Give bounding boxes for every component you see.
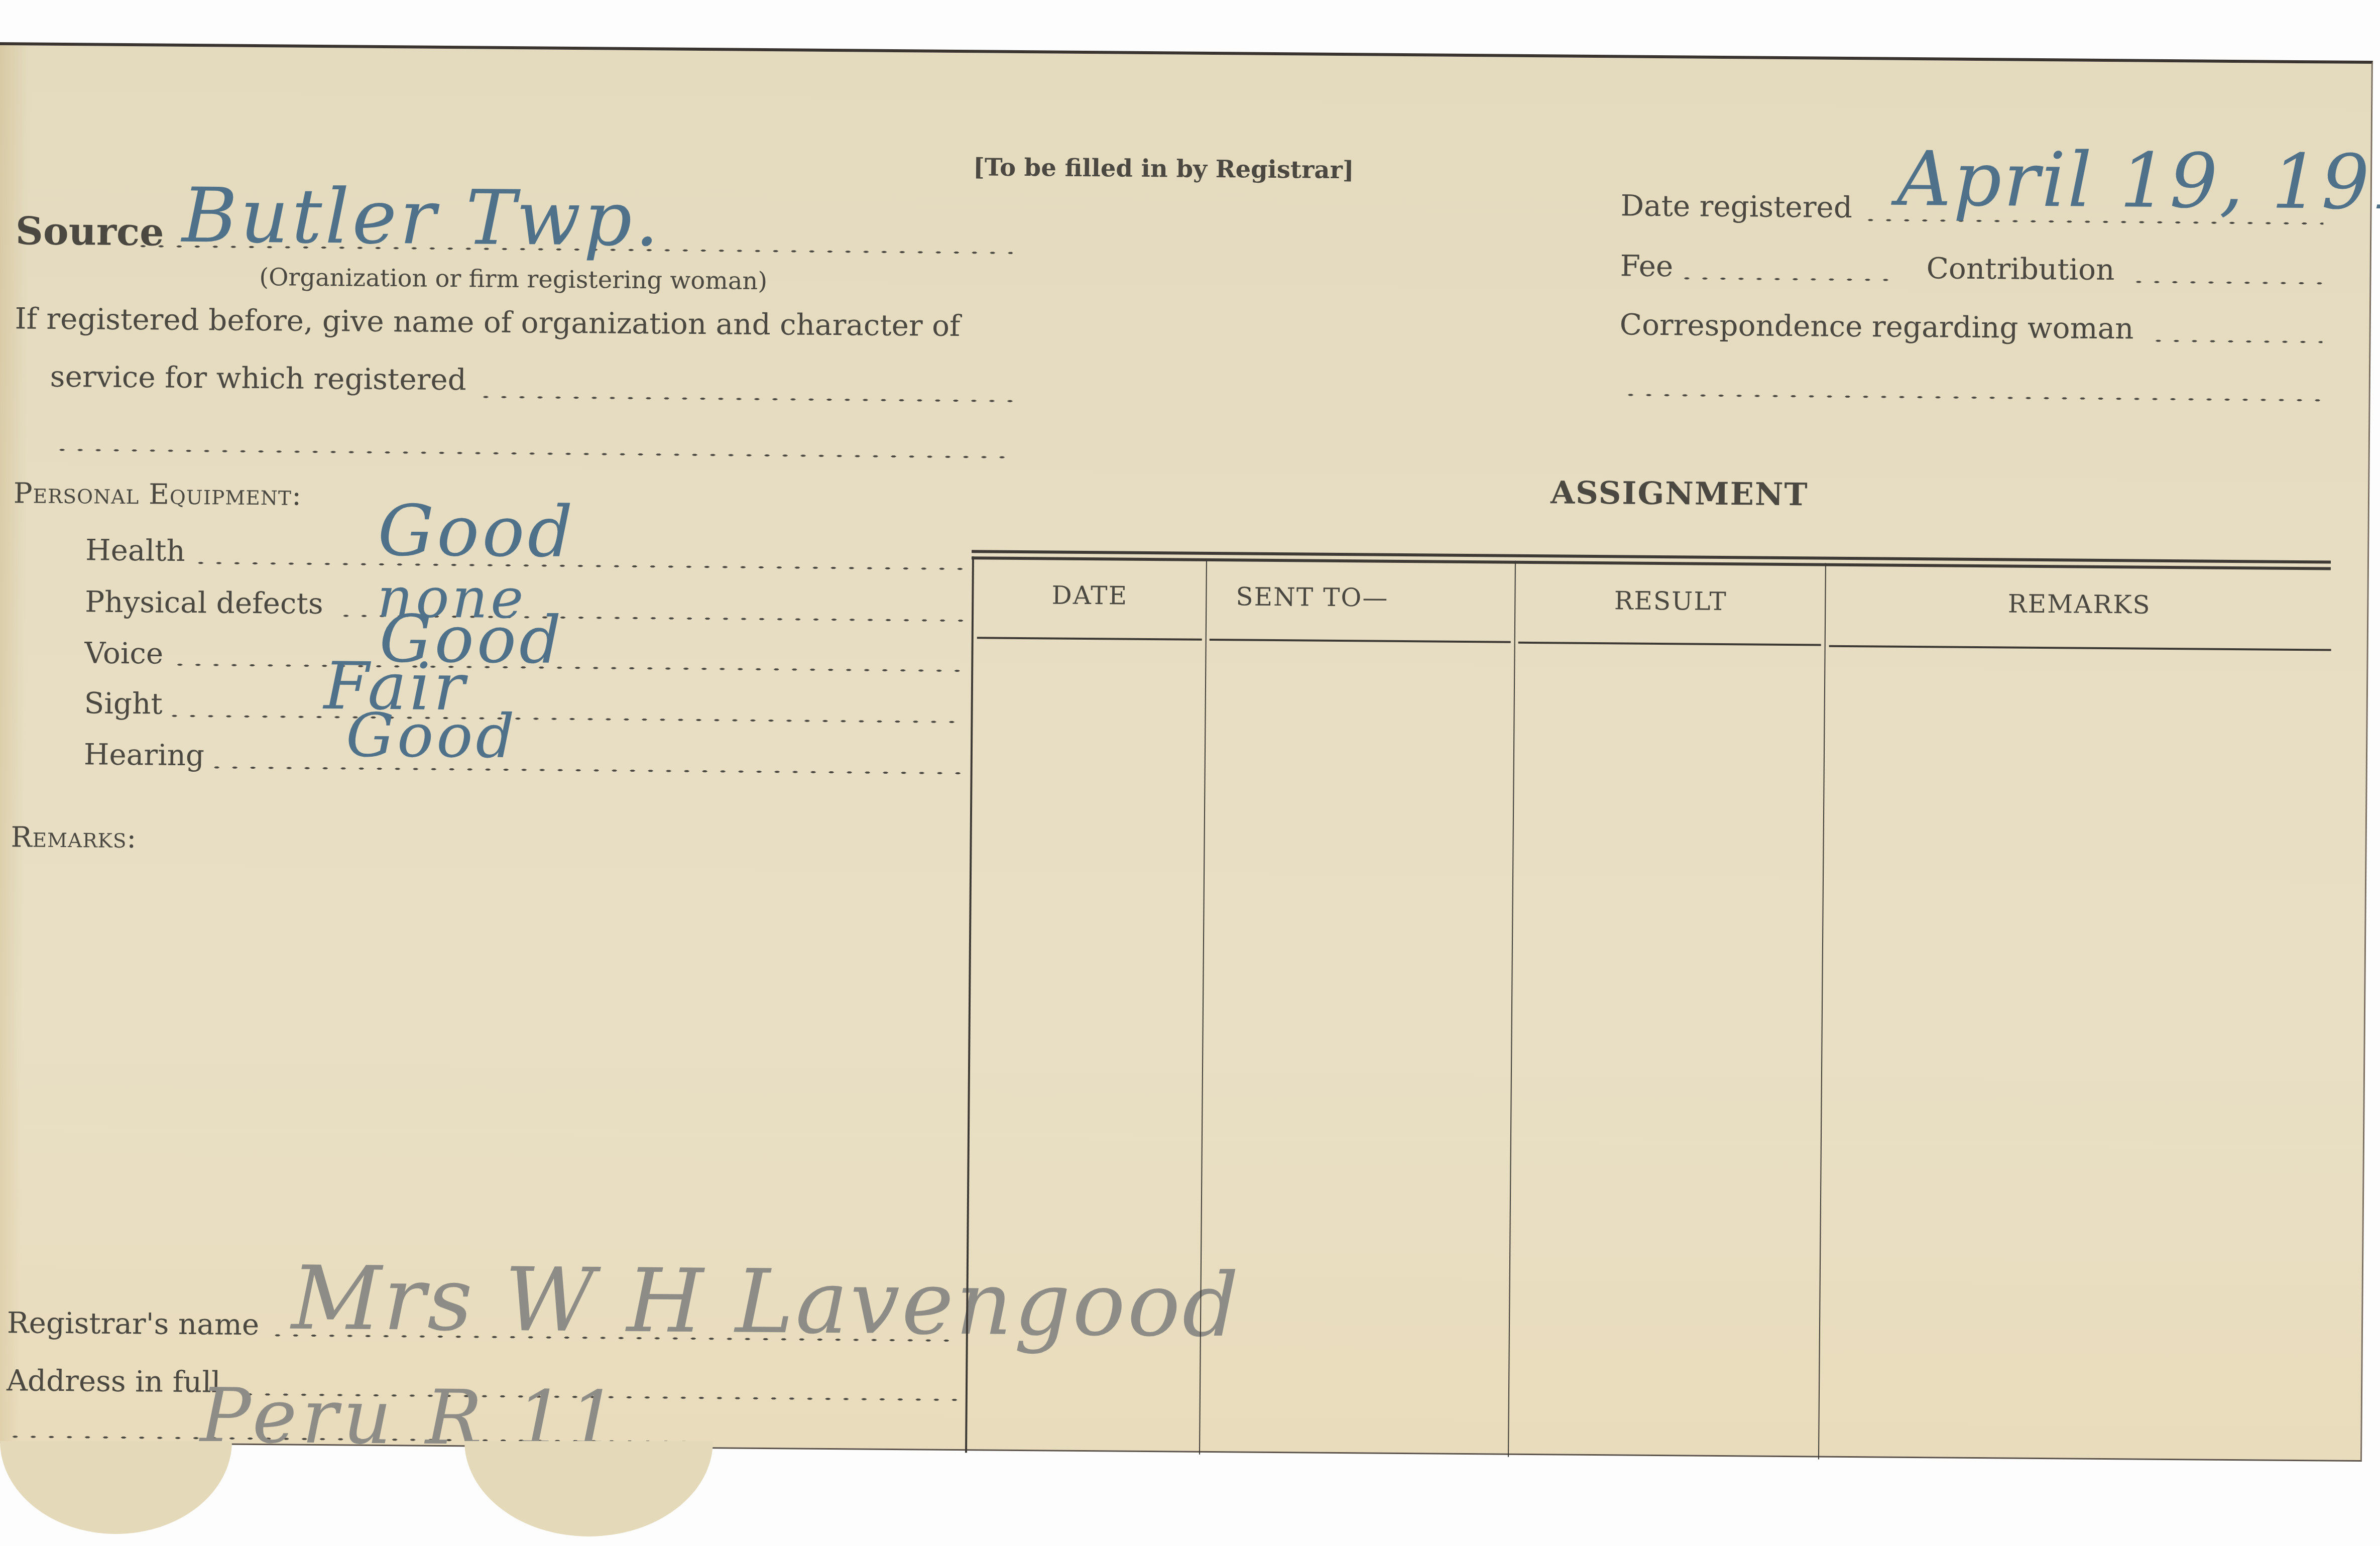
health-label: Health: [85, 533, 185, 568]
address-label: Address in full: [7, 1363, 221, 1399]
personal-equipment-title: Personal Equipment:: [14, 477, 302, 512]
column-header-remarks: REMARKS: [1826, 588, 2333, 621]
card-index-tab-right: [464, 1441, 713, 1536]
registration-card: [To be filled in by Registrar] Source Bu…: [0, 42, 2373, 1462]
hearing-label: Hearing: [84, 737, 205, 772]
physical-defects-label: Physical defects: [85, 584, 323, 621]
column-header-result: RESULT: [1515, 585, 1826, 617]
column-header-date: DATE: [974, 580, 1206, 611]
correspondence-dotted-line-2[interactable]: [1622, 393, 2322, 402]
header-rule-date: [977, 637, 1202, 641]
assignment-remarks-cell[interactable]: [1820, 647, 2331, 1462]
registrar-name-label: Registrar's name: [7, 1305, 260, 1342]
assignment-result-cell[interactable]: [1510, 645, 1824, 1458]
date-registered-value[interactable]: April 19, 1918.: [1896, 136, 2380, 227]
previous-registration-line1: If registered before, give name of organ…: [15, 301, 960, 343]
registrar-note: [To be filled in by Registrar]: [973, 153, 1354, 184]
contribution-dotted-line[interactable]: [2129, 280, 2323, 285]
fee-dotted-line[interactable]: [1678, 277, 1888, 281]
hearing-dotted-line: [208, 766, 964, 775]
hearing-value[interactable]: Good: [346, 700, 518, 772]
assignment-title: ASSIGNMENT: [1551, 474, 1809, 513]
remarks-area[interactable]: [8, 869, 955, 1268]
column-header-sent-to: SENT TO—: [1207, 582, 1417, 613]
previous-registration-line-2[interactable]: [53, 448, 1017, 459]
correspondence-dotted-line[interactable]: [2149, 339, 2322, 344]
sight-label: Sight: [84, 686, 163, 721]
fee-label: Fee: [1620, 249, 1673, 283]
assignment-date-cell[interactable]: [967, 640, 1205, 1453]
health-value[interactable]: Good: [378, 490, 576, 573]
source-value[interactable]: Butler Twp.: [182, 172, 662, 264]
previous-registration-line[interactable]: [477, 395, 1016, 402]
previous-registration-line2: service for which registered: [50, 360, 467, 397]
remarks-title: Remarks:: [11, 821, 137, 855]
card-index-tab-left: [0, 1441, 232, 1534]
voice-dotted-line: [171, 663, 964, 672]
sight-dotted-line: [165, 715, 964, 724]
assignment-sent-to-cell[interactable]: [1201, 642, 1513, 1456]
health-dotted-line: [192, 561, 965, 570]
voice-label: Voice: [84, 636, 163, 670]
correspondence-label: Correspondence regarding woman: [1619, 307, 2133, 345]
source-caption: (Organization or firm registering woman): [259, 263, 767, 295]
contribution-label: Contribution: [1926, 251, 2114, 287]
date-registered-label: Date registered: [1620, 188, 1852, 224]
